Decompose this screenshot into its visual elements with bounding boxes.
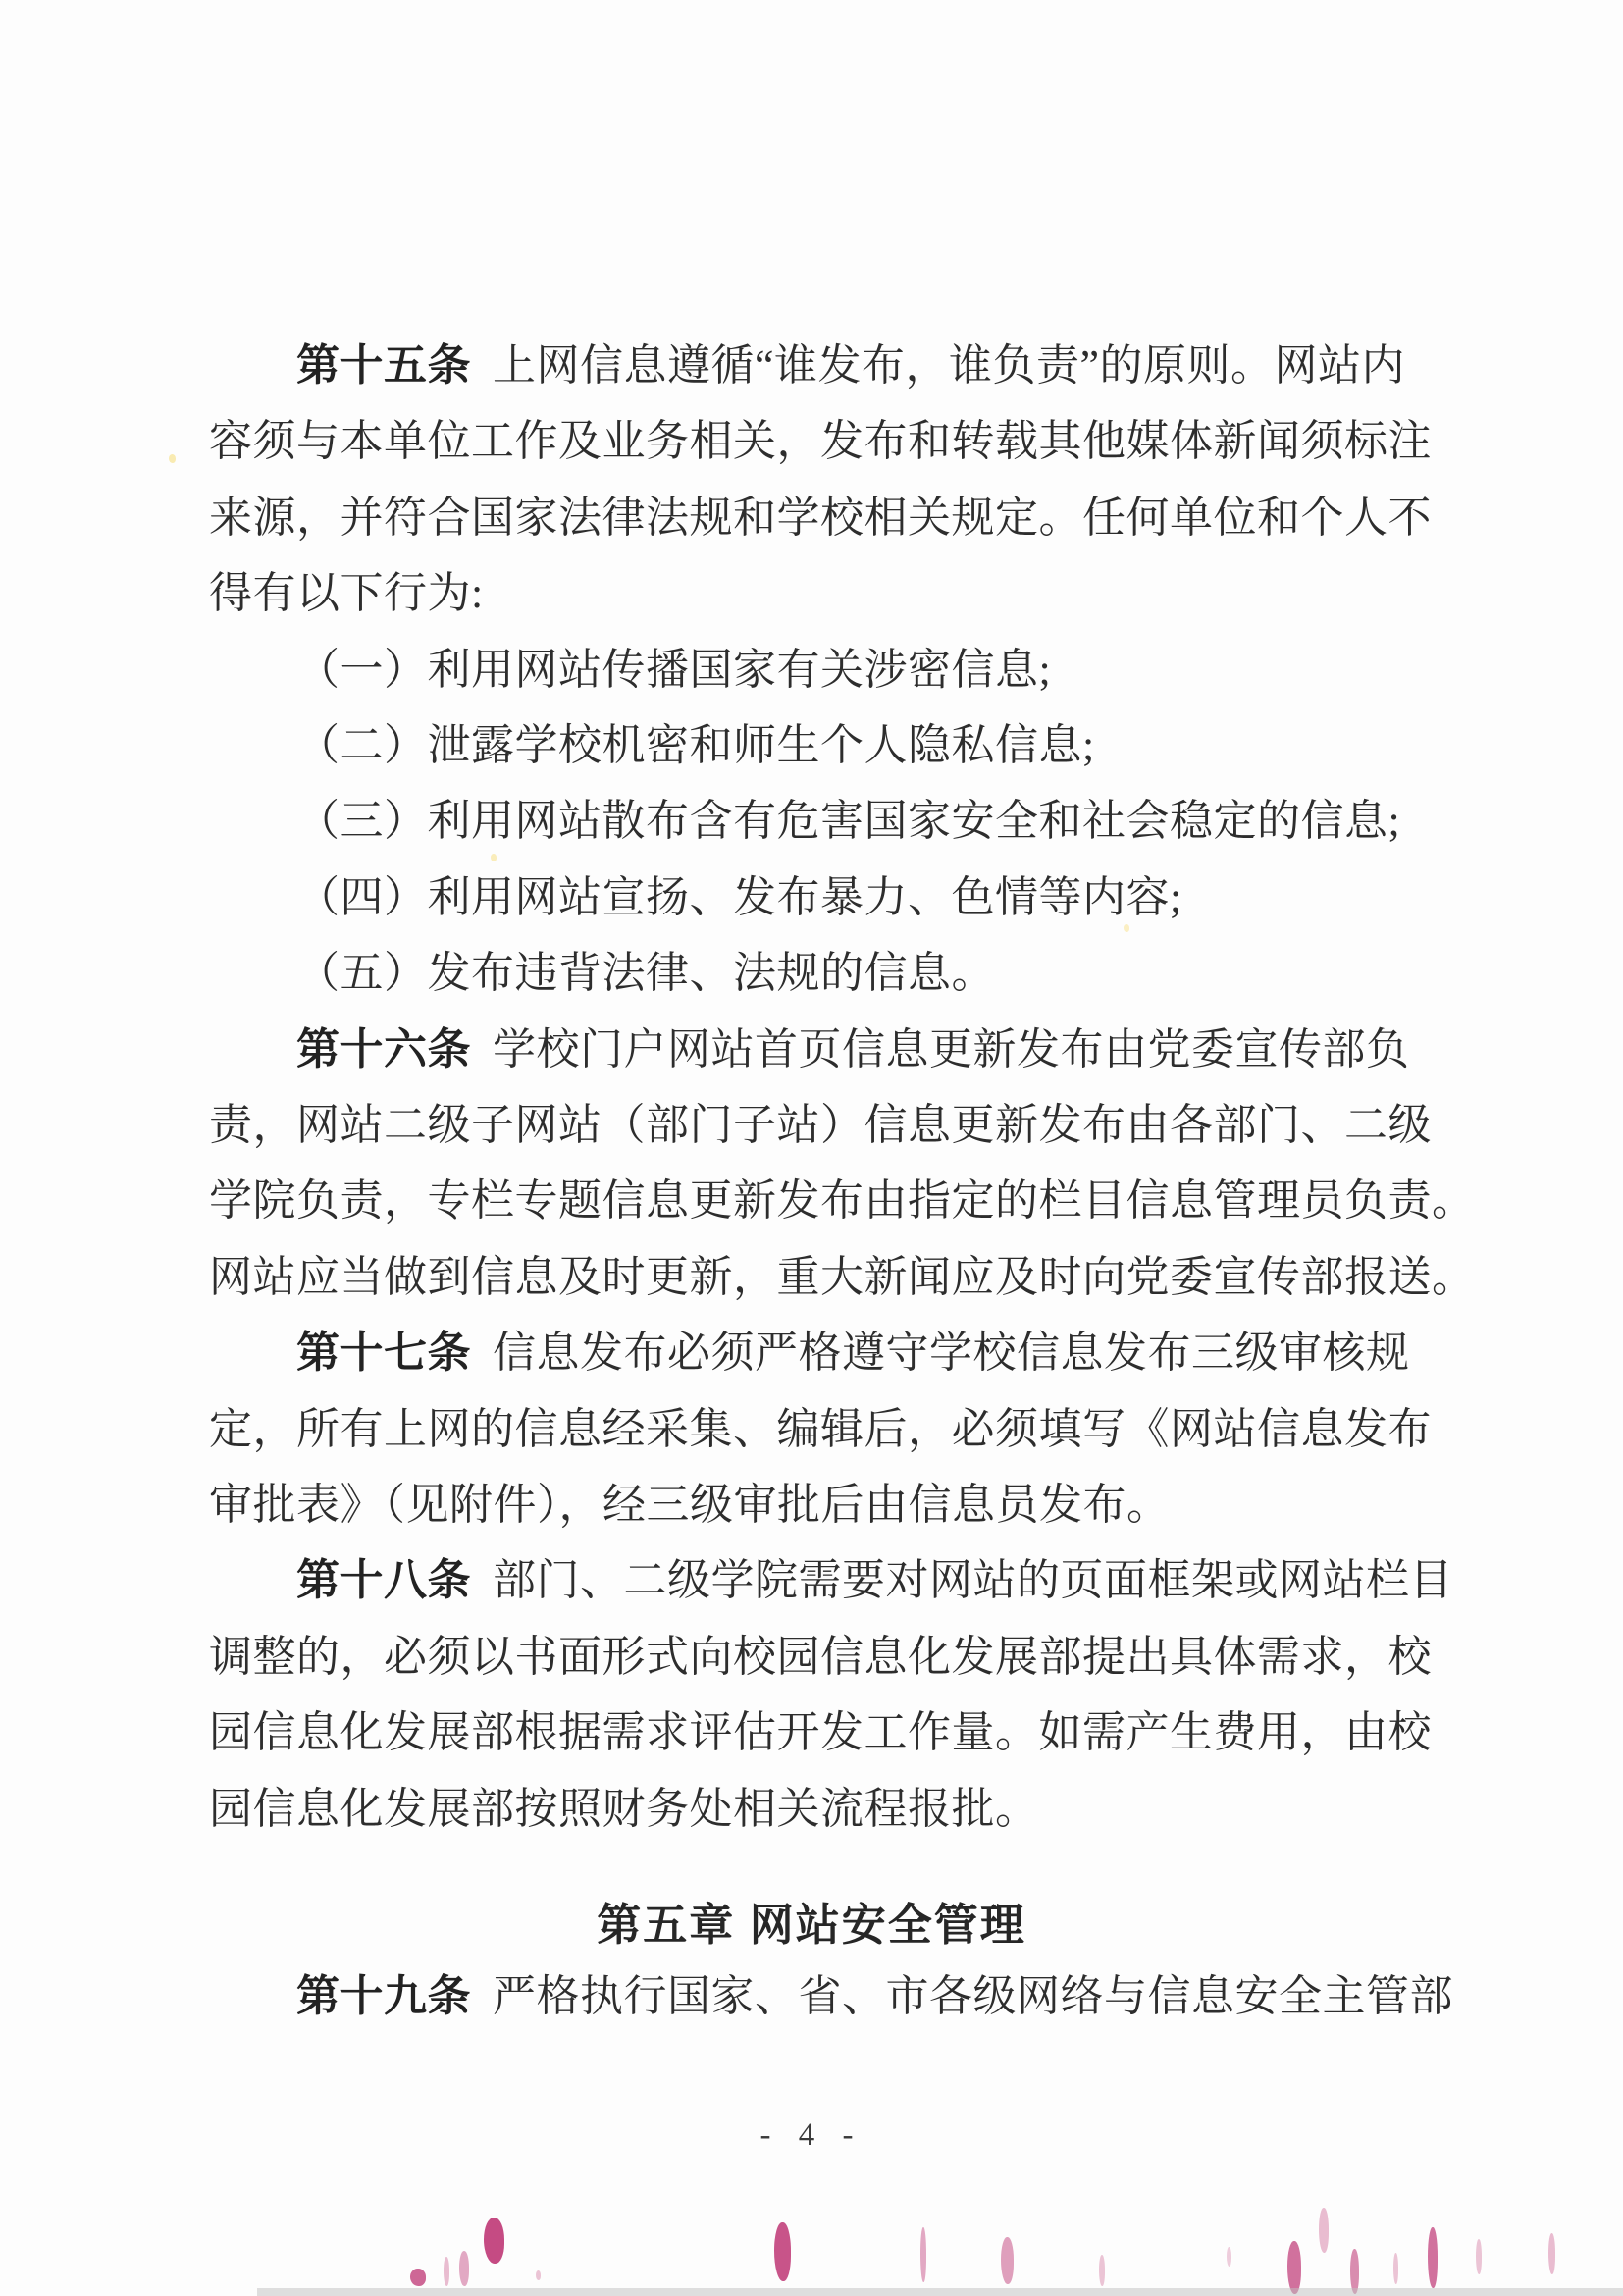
article-number: 第十六条 (296, 1025, 471, 1073)
line-text: （四）利用网站宣扬、发布暴力、色情等内容; (296, 873, 1182, 921)
line-text: 学院负责，专栏专题信息更新发布由指定的栏目信息管理员负责。 (209, 1176, 1476, 1225)
line-text: 园信息化发展部根据需求评估开发工作量。如需产生费用，由校 (209, 1708, 1432, 1756)
text-line: 第十五条上网信息遵循“谁发布，谁负责”的原则。网站内 (296, 341, 1405, 391)
line-text: 责，网站二级子网站（部门子站）信息更新发布由各部门、二级 (209, 1101, 1432, 1149)
text-line: （三）利用网站散布含有危害国家安全和社会稳定的信息; (296, 797, 1400, 847)
text-line: （一）利用网站传播国家有关涉密信息; (296, 646, 1051, 696)
text-line: 网站应当做到信息及时更新，重大新闻应及时向党委宣传部报送。 (209, 1253, 1476, 1303)
line-text: （三）利用网站散布含有危害国家安全和社会稳定的信息; (296, 797, 1400, 845)
text-line: 得有以下行为: (209, 569, 484, 619)
text-line: 调整的，必须以书面形式向校园信息化发展部提出具体需求，校 (209, 1633, 1432, 1683)
article-number: 第十九条 (296, 1972, 471, 2020)
line-text: （二）泄露学校机密和师生个人隐私信息; (296, 721, 1095, 769)
line-text: 调整的，必须以书面形式向校园信息化发展部提出具体需求，校 (209, 1633, 1432, 1681)
article-number: 第十七条 (296, 1329, 471, 1377)
line-text: 来源，并符合国家法律法规和学校相关规定。任何单位和个人不 (209, 494, 1432, 542)
text-line: 第十八条部门、二级学院需要对网站的页面框架或网站栏目 (296, 1556, 1453, 1606)
text-line: 定，所有上网的信息经采集、编辑后，必须填写《网站信息发布 (209, 1405, 1432, 1455)
text-line: 学院负责，专栏专题信息更新发布由指定的栏目信息管理员负责。 (209, 1176, 1476, 1226)
text-line: 责，网站二级子网站（部门子站）信息更新发布由各部门、二级 (209, 1101, 1432, 1151)
text-line: 容须与本单位工作及业务相关，发布和转载其他媒体新闻须标注 (209, 417, 1432, 467)
text-line: （四）利用网站宣扬、发布暴力、色情等内容; (296, 873, 1182, 923)
line-text: 信息发布必须严格遵守学校信息发布三级审核规 (493, 1329, 1410, 1377)
article-number: 第十八条 (296, 1556, 471, 1604)
line-text: 容须与本单位工作及业务相关，发布和转载其他媒体新闻须标注 (209, 417, 1432, 465)
page-number: - 4 - (0, 2117, 1623, 2154)
text-line: （五）发布违背法律、法规的信息。 (296, 949, 995, 999)
text-line: 园信息化发展部根据需求评估开发工作量。如需产生费用，由校 (209, 1708, 1432, 1758)
text-line: 来源，并符合国家法律法规和学校相关规定。任何单位和个人不 (209, 494, 1432, 544)
chapter-heading: 第五章 网站安全管理 (0, 1889, 1623, 1953)
article-number: 第十五条 (296, 341, 471, 390)
line-text: 学校门户网站首页信息更新发布由党委宣传部负 (493, 1025, 1410, 1073)
line-text: 园信息化发展部按照财务处相关流程报批。 (209, 1785, 1039, 1833)
line-text: 严格执行国家、省、市各级网络与信息安全主管部 (493, 1972, 1453, 2020)
line-text: 网站应当做到信息及时更新，重大新闻应及时向党委宣传部报送。 (209, 1253, 1476, 1301)
line-text: 审批表》（见附件），经三级审批后由信息员发布。 (209, 1481, 1171, 1529)
text-line: 第十六条学校门户网站首页信息更新发布由党委宣传部负 (296, 1025, 1410, 1075)
text-line: （二）泄露学校机密和师生个人隐私信息; (296, 721, 1095, 771)
text-line: 园信息化发展部按照财务处相关流程报批。 (209, 1785, 1039, 1835)
line-text: 得有以下行为: (209, 569, 484, 617)
text-line: 审批表》（见附件），经三级审批后由信息员发布。 (209, 1481, 1171, 1531)
line-text: 定，所有上网的信息经采集、编辑后，必须填写《网站信息发布 (209, 1405, 1432, 1453)
line-text: （一）利用网站传播国家有关涉密信息; (296, 646, 1051, 694)
text-line: 第十七条信息发布必须严格遵守学校信息发布三级审核规 (296, 1329, 1410, 1379)
document-page: 第十五条上网信息遵循“谁发布，谁负责”的原则。网站内容须与本单位工作及业务相关，… (0, 0, 1623, 2296)
line-text: 部门、二级学院需要对网站的页面框架或网站栏目 (493, 1556, 1453, 1604)
text-line: 第十九条严格执行国家、省、市各级网络与信息安全主管部 (296, 1972, 1453, 2022)
line-text: 上网信息遵循“谁发布，谁负责”的原则。网站内 (493, 341, 1405, 390)
line-text: （五）发布违背法律、法规的信息。 (296, 949, 995, 997)
